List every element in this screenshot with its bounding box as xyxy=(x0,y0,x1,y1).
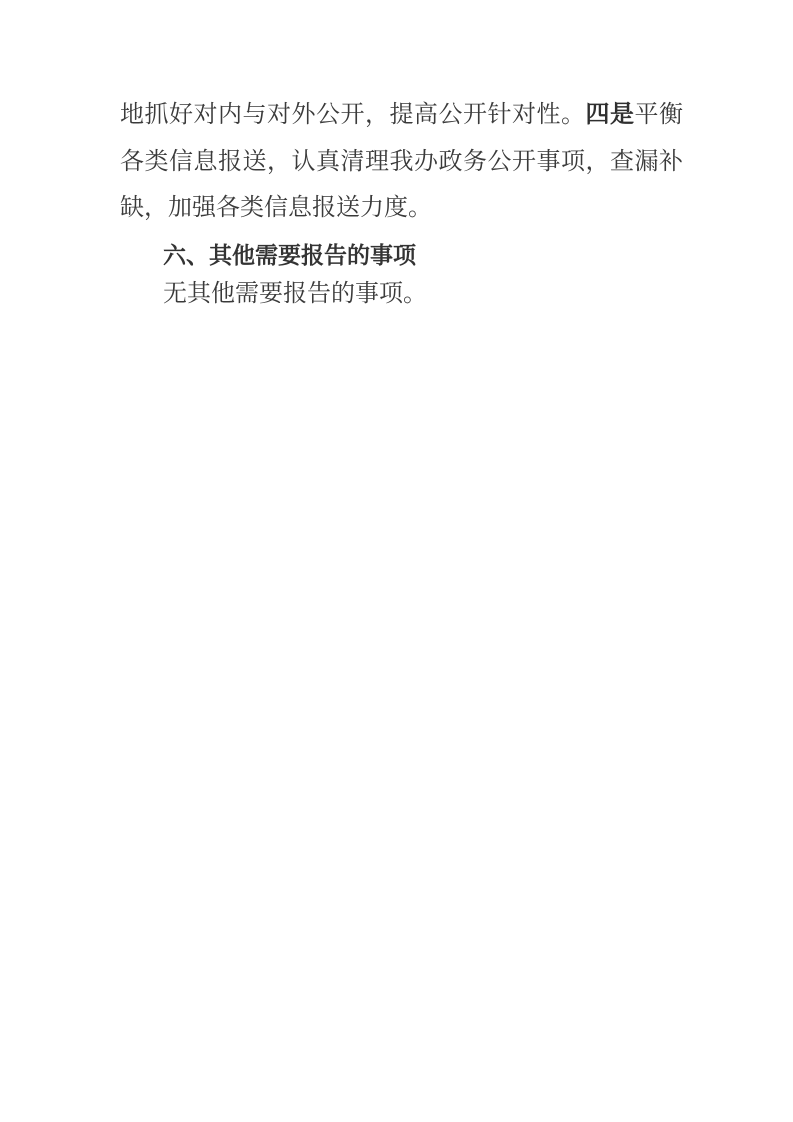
paragraph-bold-run: 四是 xyxy=(586,102,635,128)
document-content: 地抓好对内与对外公开，提高公开针对性。四是平衡各类信息报送，认真清理我办政务公开… xyxy=(120,92,683,318)
paragraph-continuation: 地抓好对内与对外公开，提高公开针对性。四是平衡各类信息报送，认真清理我办政务公开… xyxy=(120,92,683,232)
document-page: 地抓好对内与对外公开，提高公开针对性。四是平衡各类信息报送，认真清理我办政务公开… xyxy=(0,0,793,1122)
paragraph-text-before-bold: 地抓好对内与对外公开，提高公开针对性。 xyxy=(120,102,586,128)
section-body-paragraph: 无其他需要报告的事项。 xyxy=(120,271,683,318)
